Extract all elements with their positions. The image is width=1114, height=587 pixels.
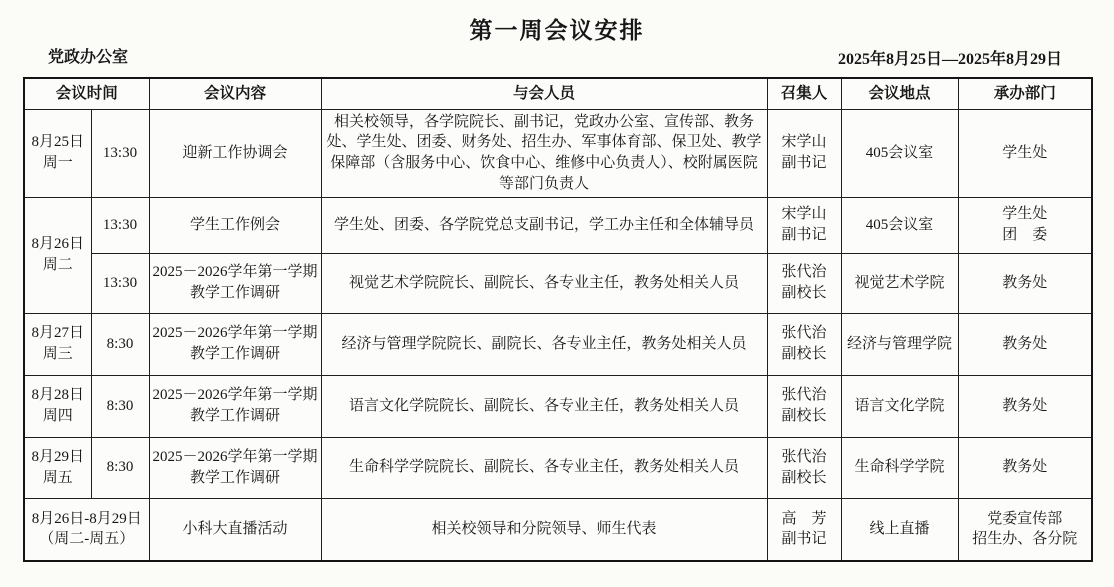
- cell-department: 学生处: [958, 109, 1092, 197]
- cell-convener: 张代治 副校长: [767, 313, 841, 375]
- cell-content: 2025－2026学年第一学期教学工作调研: [149, 375, 321, 437]
- meeting-schedule-table: 会议时间 会议内容 与会人员 召集人 会议地点 承办部门 8月25日 周一 13…: [23, 77, 1093, 562]
- cell-participants: 语言文化学院院长、副院长、各专业主任，教务处相关人员: [321, 375, 767, 437]
- header-meeting-content: 会议内容: [149, 78, 321, 109]
- table-row: 8月26日 周二 13:30 学生工作例会 学生处、团委、各学院党总支副书记，学…: [24, 197, 1092, 253]
- header-convener: 召集人: [767, 78, 841, 109]
- cell-participants: 相关校领导和分院领导、师生代表: [321, 498, 767, 561]
- header-meeting-time: 会议时间: [24, 78, 149, 109]
- cell-convener: 张代治 副校长: [767, 437, 841, 498]
- cell-convener: 张代治 副校长: [767, 375, 841, 437]
- cell-location: 生命科学学院: [841, 437, 958, 498]
- cell-content: 迎新工作协调会: [149, 109, 321, 197]
- table-row: 13:30 2025－2026学年第一学期教学工作调研 视觉艺术学院院长、副院长…: [24, 253, 1092, 313]
- cell-participants: 经济与管理学院院长、副院长、各专业主任，教务处相关人员: [321, 313, 767, 375]
- cell-date: 8月26日 周二: [24, 197, 91, 313]
- table-row: 8月29日 周五 8:30 2025－2026学年第一学期教学工作调研 生命科学…: [24, 437, 1092, 498]
- cell-participants: 相关校领导，各学院院长、副书记，党政办公室、宣传部、教务处、学生处、团委、财务处…: [321, 109, 767, 197]
- header-participants: 与会人员: [321, 78, 767, 109]
- cell-time: 8:30: [91, 375, 149, 437]
- office-label: 党政办公室: [48, 44, 128, 67]
- cell-department: 教务处: [958, 313, 1092, 375]
- cell-department: 教务处: [958, 253, 1092, 313]
- cell-convener: 宋学山 副书记: [767, 197, 841, 253]
- table-row: 8月28日 周四 8:30 2025－2026学年第一学期教学工作调研 语言文化…: [24, 375, 1092, 437]
- cell-department: 党委宣传部 招生办、各分院: [958, 498, 1092, 561]
- table-row: 8月26日-8月29日 （周二-周五） 小科大直播活动 相关校领导和分院领导、师…: [24, 498, 1092, 561]
- cell-department: 学生处 团 委: [958, 197, 1092, 253]
- date-range-label: 2025年8月25日—2025年8月29日: [838, 46, 1062, 69]
- cell-convener: 高 芳 副书记: [767, 498, 841, 561]
- cell-content: 2025－2026学年第一学期教学工作调研: [149, 253, 321, 313]
- page-title: 第一周会议安排: [0, 12, 1114, 45]
- cell-date: 8月27日 周三: [24, 313, 91, 375]
- cell-content: 小科大直播活动: [149, 498, 321, 561]
- cell-location: 视觉艺术学院: [841, 253, 958, 313]
- header-location: 会议地点: [841, 78, 958, 109]
- table-row: 8月25日 周一 13:30 迎新工作协调会 相关校领导，各学院院长、副书记，党…: [24, 109, 1092, 197]
- cell-location: 经济与管理学院: [841, 313, 958, 375]
- document-page: 第一周会议安排 党政办公室 2025年8月25日—2025年8月29日 会议时间…: [0, 0, 1114, 587]
- cell-time: 8:30: [91, 437, 149, 498]
- cell-date: 8月25日 周一: [24, 109, 91, 197]
- cell-date: 8月28日 周四: [24, 375, 91, 437]
- cell-location: 语言文化学院: [841, 375, 958, 437]
- table-row: 8月27日 周三 8:30 2025－2026学年第一学期教学工作调研 经济与管…: [24, 313, 1092, 375]
- cell-time: 8:30: [91, 313, 149, 375]
- cell-participants: 视觉艺术学院院长、副院长、各专业主任，教务处相关人员: [321, 253, 767, 313]
- cell-participants: 学生处、团委、各学院党总支副书记，学工办主任和全体辅导员: [321, 197, 767, 253]
- cell-content: 2025－2026学年第一学期教学工作调研: [149, 313, 321, 375]
- cell-time: 13:30: [91, 253, 149, 313]
- header-row: 会议时间 会议内容 与会人员 召集人 会议地点 承办部门: [24, 78, 1092, 109]
- cell-convener: 张代治 副校长: [767, 253, 841, 313]
- cell-convener: 宋学山 副书记: [767, 109, 841, 197]
- cell-time: 13:30: [91, 109, 149, 197]
- cell-date: 8月29日 周五: [24, 437, 91, 498]
- cell-location: 线上直播: [841, 498, 958, 561]
- cell-content: 2025－2026学年第一学期教学工作调研: [149, 437, 321, 498]
- cell-department: 教务处: [958, 437, 1092, 498]
- cell-location: 405会议室: [841, 197, 958, 253]
- cell-date: 8月26日-8月29日 （周二-周五）: [24, 498, 149, 561]
- cell-department: 教务处: [958, 375, 1092, 437]
- cell-time: 13:30: [91, 197, 149, 253]
- cell-content: 学生工作例会: [149, 197, 321, 253]
- cell-participants: 生命科学学院院长、副院长、各专业主任，教务处相关人员: [321, 437, 767, 498]
- header-department: 承办部门: [958, 78, 1092, 109]
- cell-location: 405会议室: [841, 109, 958, 197]
